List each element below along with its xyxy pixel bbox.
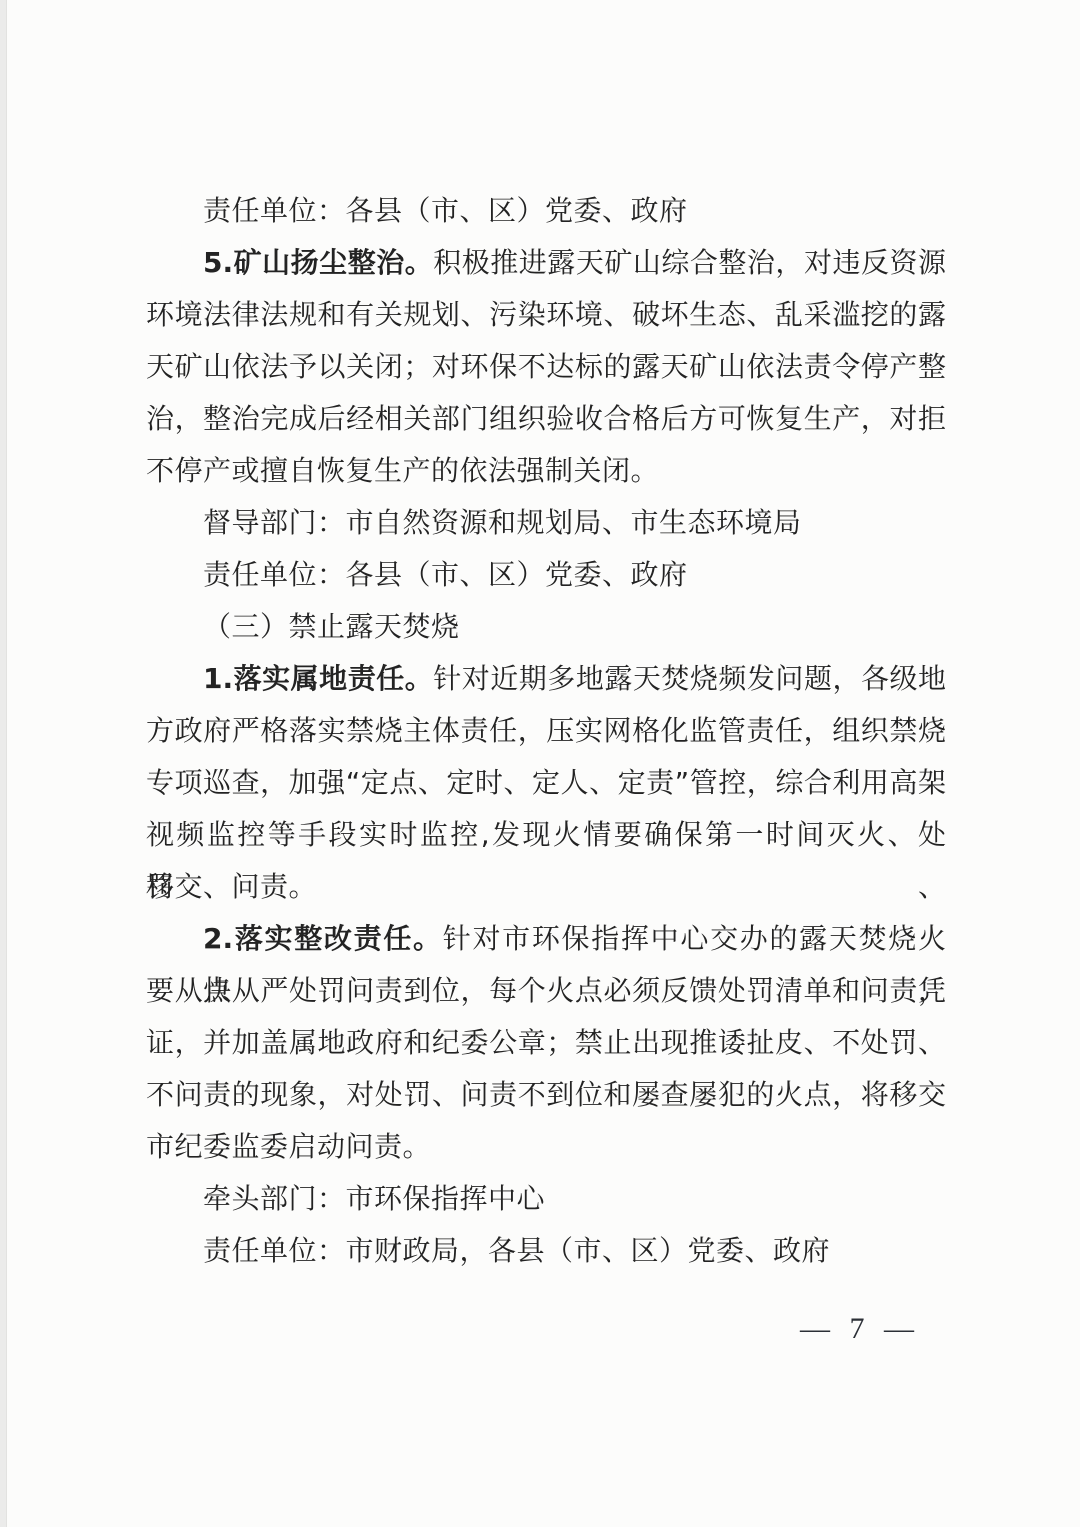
text-line: 市纪委监委启动问责。 <box>146 1121 946 1173</box>
line-text: 督导部门：市自然资源和规划局、市生态环境局 <box>203 506 802 539</box>
text-line: 环境法律法规和有关规划、污染环境、破坏生态、乱采滥挖的露 <box>146 289 946 341</box>
text-line: 责任单位：市财政局，各县（市、区）党委、政府 <box>146 1225 946 1277</box>
line-text: 积极推进露天矿山综合整治，对违反资源 <box>433 246 946 279</box>
line-text: 责任单位：市财政局，各县（市、区）党委、政府 <box>203 1234 830 1267</box>
scan-left-edge <box>0 0 7 1527</box>
line-text: 移交、问责。 <box>146 870 317 903</box>
line-text: 责任单位：各县（市、区）党委、政府 <box>203 194 688 227</box>
text-line: 不停产或擅自恢复生产的依法强制关闭。 <box>146 445 946 497</box>
line-text: 方政府严格落实禁烧主体责任，压实网格化监管责任，组织禁烧 <box>146 714 946 747</box>
text-line: 牵头部门：市环保指挥中心 <box>146 1173 946 1225</box>
text-line: 治，整治完成后经相关部门组织验收合格后方可恢复生产，对拒 <box>146 393 946 445</box>
document-page: 责任单位：各县（市、区）党委、政府 5.矿山扬尘整治。积极推进露天矿山综合整治，… <box>146 185 946 1277</box>
text-line: 方政府严格落实禁烧主体责任，压实网格化监管责任，组织禁烧 <box>146 705 946 757</box>
text-line: 2.落实整改责任。针对市环保指挥中心交办的露天焚烧火点， <box>146 913 946 965</box>
line-text: 治，整治完成后经相关部门组织验收合格后方可恢复生产，对拒 <box>146 402 946 435</box>
text-line: 责任单位：各县（市、区）党委、政府 <box>146 185 946 237</box>
line-bold-lead: 5.矿山扬尘整治。 <box>203 246 433 279</box>
line-text: （三）禁止露天焚烧 <box>203 610 460 643</box>
line-text: 要从快从严处罚问责到位，每个火点必须反馈处罚清单和问责凭 <box>146 974 946 1007</box>
text-line: 5.矿山扬尘整治。积极推进露天矿山综合整治，对违反资源 <box>146 237 946 289</box>
section-heading: （三）禁止露天焚烧 <box>146 601 946 653</box>
text-line: 专项巡查，加强“定点、定时、定人、定责”管控，综合利用高架 <box>146 757 946 809</box>
text-line: 证，并加盖属地政府和纪委公章；禁止出现推诿扯皮、不处罚、 <box>146 1017 946 1069</box>
text-line: 天矿山依法予以关闭；对环保不达标的露天矿山依法责令停产整 <box>146 341 946 393</box>
text-line: 视频监控等手段实时监控,发现火情要确保第一时间灭火、处 罚、 <box>146 809 946 861</box>
line-text: 不问责的现象，对处罚、问责不到位和屡查屡犯的火点，将移交 <box>146 1078 946 1111</box>
line-text: 天矿山依法予以关闭；对环保不达标的露天矿山依法责令停产整 <box>146 350 946 383</box>
line-text: 针对近期多地露天焚烧频发问题，各级地 <box>433 662 946 695</box>
line-bold-lead: 1.落实属地责任。 <box>203 662 433 695</box>
text-line: 不问责的现象，对处罚、问责不到位和屡查屡犯的火点，将移交 <box>146 1069 946 1121</box>
page-number: — 7 — <box>800 1312 920 1346</box>
line-text: 牵头部门：市环保指挥中心 <box>203 1182 545 1215</box>
line-text: 不停产或擅自恢复生产的依法强制关闭。 <box>146 454 659 487</box>
line-text: 市纪委监委启动问责。 <box>146 1130 431 1163</box>
text-line: 要从快从严处罚问责到位，每个火点必须反馈处罚清单和问责凭 <box>146 965 946 1017</box>
text-line: 1.落实属地责任。针对近期多地露天焚烧频发问题，各级地 <box>146 653 946 705</box>
text-line: 督导部门：市自然资源和规划局、市生态环境局 <box>146 497 946 549</box>
line-text: 责任单位：各县（市、区）党委、政府 <box>203 558 688 591</box>
line-text: 专项巡查，加强“定点、定时、定人、定责”管控，综合利用高架 <box>146 766 946 799</box>
line-text: 环境法律法规和有关规划、污染环境、破坏生态、乱采滥挖的露 <box>146 298 946 331</box>
line-bold-lead: 2.落实整改责任。 <box>203 922 443 955</box>
text-line: 责任单位：各县（市、区）党委、政府 <box>146 549 946 601</box>
line-text: 证，并加盖属地政府和纪委公章；禁止出现推诿扯皮、不处罚、 <box>146 1026 946 1059</box>
